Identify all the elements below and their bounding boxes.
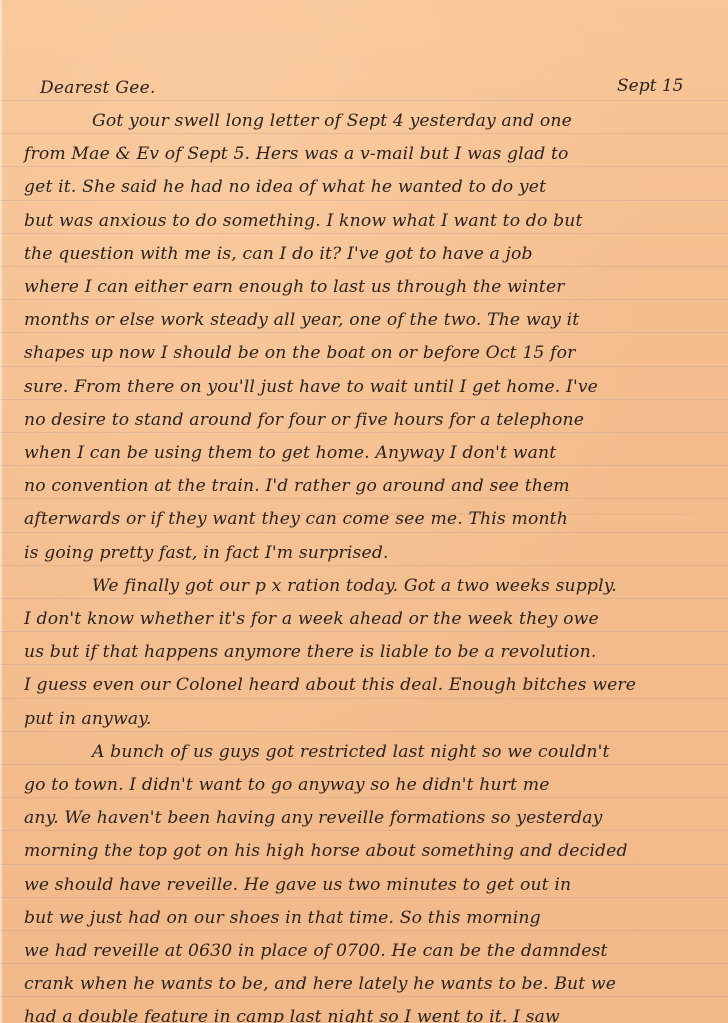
letter-date: Sept 15 — [617, 76, 683, 96]
letter-line: had a double feature in camp last night … — [24, 1009, 714, 1023]
letter-line: us but if that happens anymore there is … — [24, 644, 714, 661]
letter-line: put in anyway. — [24, 711, 714, 728]
letter-line: any. We haven't been having any reveille… — [24, 810, 714, 827]
salutation: Dearest Gee. — [40, 78, 156, 98]
letter-line: no desire to stand around for four or fi… — [24, 412, 714, 429]
letter-page: Dearest Gee. Sept 15 Got your swell long… — [0, 0, 728, 1023]
letter-line: no convention at the train. I'd rather g… — [24, 478, 714, 495]
letter-line: Got your swell long letter of Sept 4 yes… — [92, 113, 712, 130]
letter-line: we should have reveille. He gave us two … — [24, 877, 714, 894]
letter-line: I don't know whether it's for a week ahe… — [24, 611, 714, 628]
letter-line: we had reveille at 0630 in place of 0700… — [24, 943, 714, 960]
letter-line: A bunch of us guys got restricted last n… — [92, 744, 712, 761]
letter-line: crank when he wants to be, and here late… — [24, 976, 714, 993]
letter-line: the question with me is, can I do it? I'… — [24, 246, 714, 263]
letter-body: Dearest Gee. Sept 15 Got your swell long… — [0, 0, 728, 1023]
letter-line: morning the top got on his high horse ab… — [24, 843, 714, 860]
letter-line: but was anxious to do something. I know … — [24, 213, 714, 230]
letter-line: when I can be using them to get home. An… — [24, 445, 714, 462]
letter-line: go to town. I didn't want to go anyway s… — [24, 777, 714, 794]
letter-line: I guess even our Colonel heard about thi… — [24, 677, 714, 694]
letter-line: We finally got our p x ration today. Got… — [92, 578, 712, 595]
letter-line: where I can either earn enough to last u… — [24, 279, 714, 296]
letter-line: months or else work steady all year, one… — [24, 312, 714, 329]
letter-line: from Mae & Ev of Sept 5. Hers was a v-ma… — [24, 146, 714, 163]
letter-line: but we just had on our shoes in that tim… — [24, 910, 714, 927]
letter-line: afterwards or if they want they can come… — [24, 511, 714, 528]
letter-line: get it. She said he had no idea of what … — [24, 179, 714, 196]
letter-line: is going pretty fast, in fact I'm surpri… — [24, 545, 714, 562]
letter-line: sure. From there on you'll just have to … — [24, 379, 714, 396]
letter-line: shapes up now I should be on the boat on… — [24, 345, 714, 362]
